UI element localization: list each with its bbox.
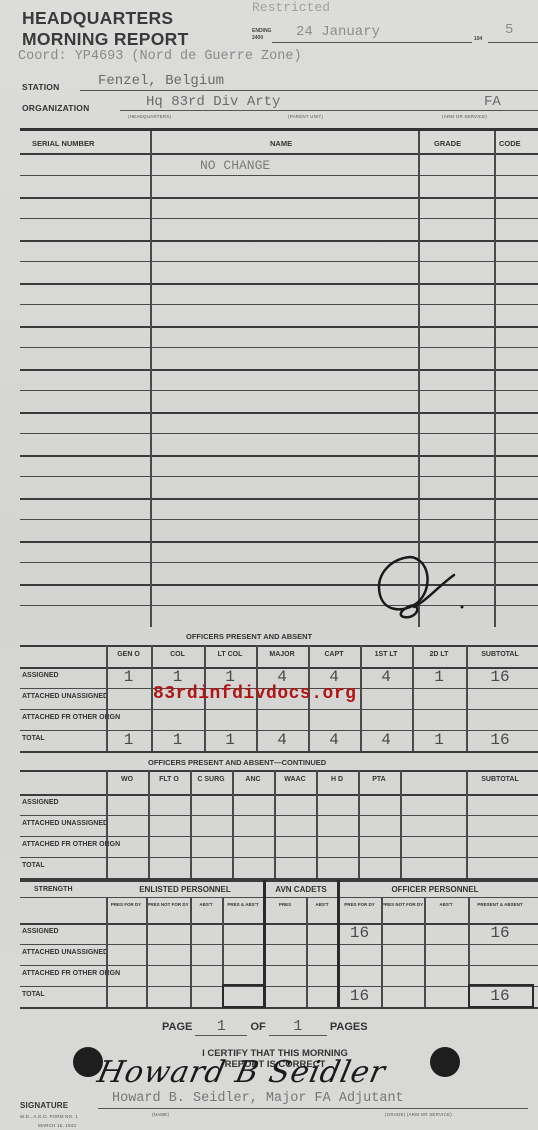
caption-parent-unit: (PARENT UNIT) [288,114,323,119]
page-counter: PAGE 1 OF 1 PAGES [162,1018,368,1036]
signature-typed-name: Howard B. Seidler, Major FA Adjutant [112,1091,404,1106]
strength-group-rule [20,897,538,898]
officers-col-header: LT COL [204,651,256,658]
roster-row-rule [20,541,538,543]
officers-cont-col-divider [358,770,360,878]
officers-row-label: ASSIGNED [22,672,59,680]
station-label: STATION [22,82,59,92]
station-line: Fenzel, Belgium [80,74,538,91]
officers-cont-row-label: ASSIGNED [22,799,59,807]
strength-header-rule [20,923,538,925]
strength-assigned-officer-total: 16 [468,924,532,942]
officers-col-header: SUBTOTAL [466,651,534,658]
ending-time: 2400 [252,35,271,42]
roster-row-rule [20,197,538,199]
handwritten-signature: Howard B Seidler [94,1055,389,1090]
officers-cont-col-header: WAAC [274,776,316,783]
strength-col-header: ABS'T [190,902,222,908]
officers-row-rule [20,751,538,753]
roster-row-rule [20,498,538,500]
strength-col-header: PRES NOT FOR DY [146,902,190,908]
officers-cont-col-divider [232,770,234,878]
strength-top-rule [20,880,538,882]
officers-cont-header-rule [20,794,538,796]
officers-row-label: ATTACHED UNASSIGNED [22,693,108,701]
strength-row-label: ATTACHED UNASSIGNED [22,949,108,957]
strength-col-divider [146,897,148,1007]
officers-cell-value: 16 [466,731,534,749]
officers-table-title: OFFICERS PRESENT AND ABSENT [186,632,312,641]
roster-row-rule [20,519,538,520]
station-value: Fenzel, Belgium [98,73,224,89]
strength-row-label: TOTAL [22,991,45,999]
form-date: MARCH 15, 1943 [38,1123,76,1128]
roster-row-rule [20,476,538,477]
officers-cont-row-rule [20,857,538,858]
year-prefix: 194 [474,36,482,42]
officers-cont-col-divider [106,770,108,878]
roster-row-rule [20,175,538,176]
caption-name: (NAME) [152,1112,169,1117]
officers-cont-row-label: TOTAL [22,862,45,870]
strength-col-divider [190,897,192,1007]
roster-divider-grade [418,131,420,627]
officers-cont-row-rule [20,815,538,816]
strength-total-officer-pres: 16 [338,987,381,1005]
officers-cont-col-divider [274,770,276,878]
officers-cont-col-header: WO [106,776,148,783]
officers-cell-value: 4 [360,731,412,749]
officers-cell-value: 16 [466,668,534,686]
officers-cont-col-divider [400,770,402,878]
page-total: 1 [269,1018,327,1036]
officers-cont-row-rule [20,836,538,837]
col-serial-number: SERIAL NUMBER [32,139,94,148]
officers-col-header: 2D LT [412,651,466,658]
organization-value: Hq 83rd Div Arty [146,94,280,110]
officers-cell-value: 4 [256,731,308,749]
strength-col-header: ABS'T [424,902,468,908]
strength-assigned-officer-pres: 16 [338,924,381,942]
strength-col-header: PRES FOR DY [106,902,146,908]
officers-cont-col-divider [316,770,318,878]
strength-col-header: PRESENT & ABSENT [468,902,532,908]
strength-col-divider [381,897,383,1007]
officers-row-rule [20,709,538,710]
roster-top-rule [20,128,538,131]
officers-cell-value: 1 [204,731,256,749]
punch-hole-right [430,1047,460,1077]
strength-group-header: OFFICER PERSONNEL [338,885,532,894]
officers-continued-title: OFFICERS PRESENT AND ABSENT—CONTINUED [148,758,326,767]
ending-date: 24 January [296,24,380,40]
coord-text: Coord: YP4693 (Nord de Guerre Zone) [18,49,302,64]
ending-label-text: ENDING [252,28,271,35]
organization-label: ORGANIZATION [22,103,89,113]
strength-row-rule [20,965,538,966]
signature-label: SIGNATURE [20,1101,68,1110]
officers-col-header: 1ST LT [360,651,412,658]
officers-cont-col-divider [466,770,468,878]
officers-cont-col-header: H D [316,776,358,783]
form-id: W.D., A.G.O. FORM NO. 1 [20,1114,78,1119]
roster-row-rule [20,326,538,328]
pages-label: PAGES [330,1021,368,1033]
page-number: 1 [195,1018,247,1036]
strength-col-divider [106,897,108,1007]
officers-cont-col-header: ANC [232,776,274,783]
strength-row-rule [20,986,538,987]
col-grade: GRADE [434,139,461,148]
strength-col-divider [424,897,426,1007]
year-line [488,26,538,43]
ending-label: ENDING 2400 [252,28,271,42]
strength-col-divider [306,897,308,1007]
strength-col-header: PRES & ABS'T [222,902,264,908]
strength-total-enlisted-box [222,984,266,1008]
officers-cont-col-header: PTA [358,776,400,783]
roster-row-rule [20,261,538,262]
officers-col-header: MAJOR [256,651,308,658]
roster-row-rule [20,347,538,348]
roster-entry-name: NO CHANGE [200,158,270,173]
roster-divider-name [150,131,152,627]
officers-row-label: TOTAL [22,735,45,743]
title-headquarters: HEADQUARTERS [22,8,173,29]
officers-cont-row-label: ATTACHED UNASSIGNED [22,820,108,828]
organization-line: Hq 83rd Div Arty FA [120,94,538,111]
roster-divider-code [494,131,496,627]
strength-row-rule [20,944,538,945]
strength-row-label: ASSIGNED [22,928,59,936]
officers-col-header: CAPT [308,651,360,658]
strength-row-rule [20,1007,538,1009]
roster-row-rule [20,455,538,457]
caption-grade-arm: (GRADE) (ARM OR SERVICE) [385,1112,452,1117]
morning-report-document: HEADQUARTERS MORNING REPORT Restricted E… [0,0,538,1130]
officers-cell-value: 4 [308,731,360,749]
caption-headquarters: (HEADQUARTERS) [128,114,171,119]
strength-group-header: ENLISTED PERSONNEL [106,885,264,894]
title-morning-report: MORNING REPORT [22,29,189,50]
caption-arm-service: (ARM OR SERVICE) [442,114,487,119]
of-label: OF [250,1021,265,1033]
signature-line: Howard B. Seidler, Major FA Adjutant [98,1090,528,1109]
officers-cont-col-header: FLT O [148,776,190,783]
strength-total-officer-box [468,984,534,1008]
strength-col-header: PRES NOT FOR DY [381,902,424,908]
handwritten-initial-mark [370,555,480,625]
strength-col-header: ABS'T [306,902,338,908]
officers-cont-col-header: C SURG [190,776,232,783]
page-label: PAGE [162,1021,192,1033]
col-code: CODE [499,139,521,148]
strength-col-header: PRES [264,902,306,908]
officers-top-rule [20,645,538,647]
officers-cell-value: 1 [412,731,466,749]
roster-row-rule [20,218,538,219]
officers-cell-value: 1 [106,668,151,686]
roster-row-rule [20,304,538,305]
arm-value: FA [484,94,501,110]
roster-row-rule [20,412,538,414]
officers-col-header: GEN O [106,651,151,658]
strength-col-header: PRES FOR DY [338,902,381,908]
roster-row-rule [20,153,538,155]
strength-label: STRENGTH [34,886,73,894]
officers-cont-col-divider [190,770,192,878]
officers-cont-col-divider [148,770,150,878]
classification-stamp: Restricted [252,0,330,15]
watermark: 83rdinfdivdocs.org [153,684,356,704]
ending-date-line: 24 January [272,26,472,43]
officers-cont-top-rule [20,770,538,772]
officers-cell-value: 1 [106,731,151,749]
officers-cont-col-header: SUBTOTAL [466,776,534,783]
strength-group-header: AVN CADETS [264,885,338,894]
officers-cell-value: 1 [151,731,204,749]
officers-cell-value: 4 [360,668,412,686]
col-name: NAME [270,139,292,148]
roster-row-rule [20,283,538,285]
roster-row-rule [20,369,538,371]
roster-row-rule [20,390,538,391]
roster-row-rule [20,433,538,434]
officers-col-header: COL [151,651,204,658]
officers-cell-value: 1 [412,668,466,686]
roster-row-rule [20,240,538,242]
